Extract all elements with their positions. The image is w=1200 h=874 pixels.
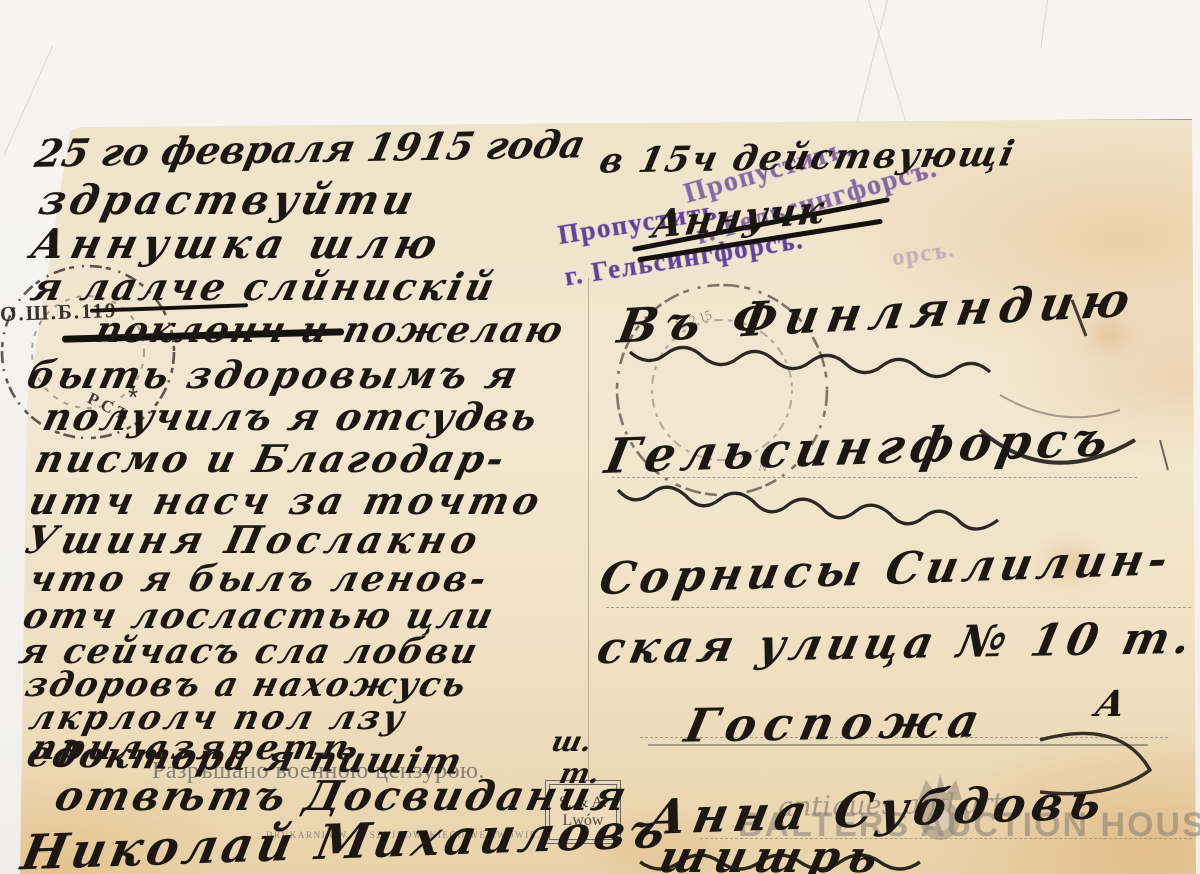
margin-mark-text: ш.: [549, 728, 595, 756]
margin-mark: ш.: [552, 728, 591, 756]
message-line: быть здоровымъ я: [28, 356, 519, 394]
message-text: быть здоровымъ я: [24, 356, 524, 394]
message-line: я сейчасъ сла лобви: [20, 634, 478, 669]
message-text: я сейчасъ сла лобви: [16, 634, 482, 669]
message-line: писмо и Благодар-: [36, 440, 506, 478]
address-text: ская улица № 10 т.: [593, 617, 1199, 672]
message-text: получилъ я отсудвь: [40, 398, 543, 436]
margin-mark-text: т.: [557, 760, 603, 788]
message-text: что я былъ ленов-: [26, 561, 493, 597]
message-line: поклонч и пожелаю: [96, 312, 564, 348]
message-text: я лалче слйнискій: [28, 268, 501, 306]
message-text: Аннушка шлю: [27, 224, 447, 265]
message-line: получилъ я отсудвь: [44, 398, 538, 436]
message-text: итч насч за точто: [26, 482, 547, 520]
message-text: Ушиня Послакно: [22, 521, 486, 559]
message-text: поклонч и пожелаю: [92, 312, 568, 348]
bottom-flourish: шишрь: [660, 836, 885, 874]
bottom-flourish-text: шишрь: [655, 836, 890, 874]
message-line: 25 го февраля 1915 года: [36, 125, 585, 173]
message-line: что я былъ ленов-: [30, 561, 488, 597]
message-text: отч лосластью цли: [20, 598, 498, 634]
message-text: здоровъ а нахожусь: [22, 668, 471, 702]
date-continuation-text: в 15ч действующі: [596, 136, 1019, 178]
corner-letter: А: [1096, 686, 1125, 722]
message-line: Ушиня Послакно: [26, 521, 481, 559]
message-line: я лалче слйнискій: [32, 268, 496, 306]
address-line: Госпожа: [686, 697, 987, 748]
message-line: здоровъ а нахожусь: [26, 668, 467, 702]
message-text: здраствуйти: [35, 180, 421, 221]
address-line: ская улица № 10 т.: [598, 617, 1195, 671]
message-line: здраствуйти: [40, 180, 417, 221]
message-line: Аннушка шлю: [32, 224, 442, 265]
message-line: итч насч за точто: [30, 482, 542, 520]
corner-letter-text: А: [1092, 686, 1130, 722]
message-text: 25 го февраля 1915 года: [32, 125, 589, 173]
address-text: Госпожа: [681, 697, 991, 748]
margin-mark: т.: [560, 760, 599, 788]
message-line: отч лосластью цли: [24, 598, 494, 634]
message-text: писмо и Благодар-: [32, 440, 511, 478]
date-continuation: в 15ч действующі: [600, 136, 1016, 178]
